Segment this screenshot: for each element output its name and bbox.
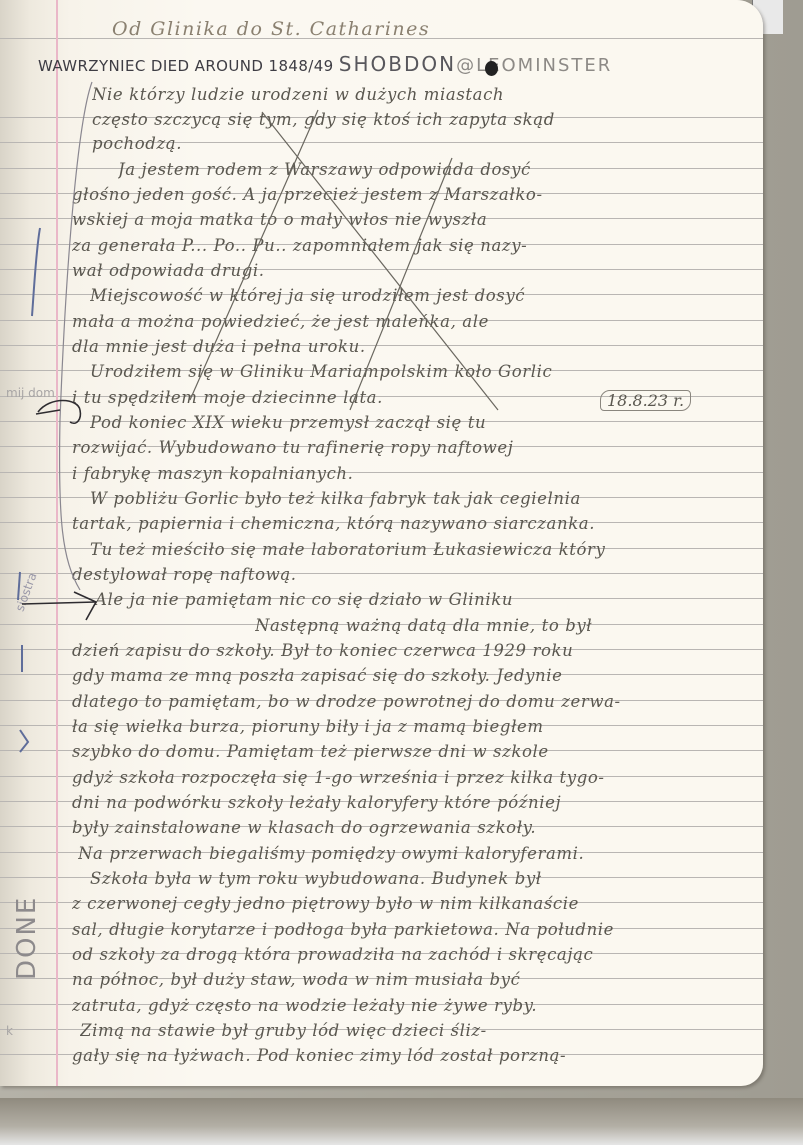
notebook-page: Od Glinika do St. Catharines WAWRZYNIEC … <box>0 0 763 1086</box>
cross-line-2 <box>190 110 318 400</box>
scan-background-bottom <box>0 1098 803 1145</box>
blue-mark-1 <box>32 228 40 316</box>
pen-marks <box>0 0 763 1086</box>
blue-mark-2 <box>18 572 20 600</box>
arrow-icon-2-head <box>74 592 96 620</box>
cross-line-3 <box>350 158 452 410</box>
blue-mark-4 <box>20 730 28 752</box>
arrow-icon-2 <box>22 602 96 604</box>
bracket-line <box>60 82 92 590</box>
